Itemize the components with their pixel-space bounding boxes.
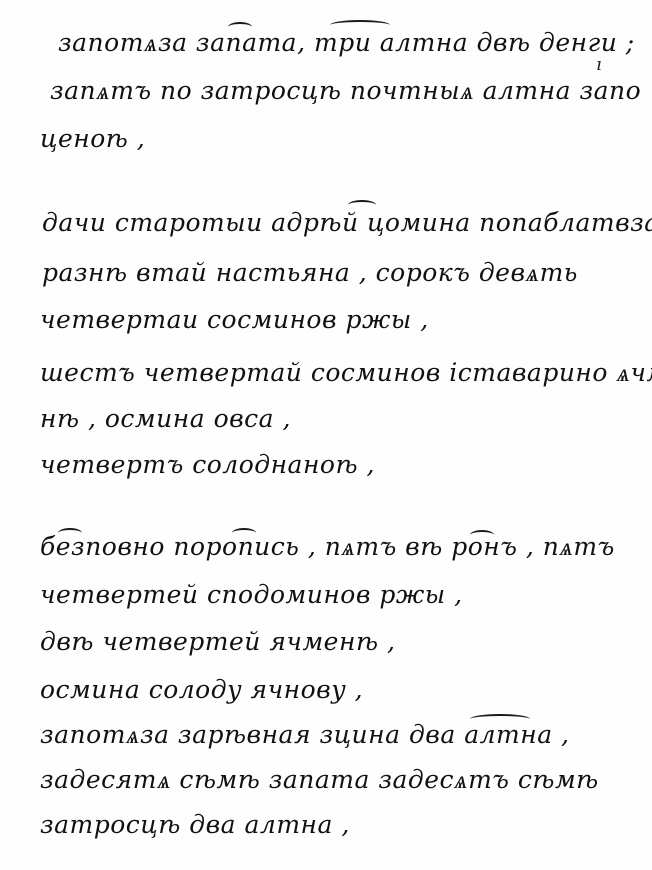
superscript-flourish [58, 528, 82, 538]
margin-mark: ı [596, 54, 602, 75]
manuscript-line-6: четвертаи сосминов ржы , [40, 305, 429, 334]
manuscript-line-16: затросцѣ два алтна , [40, 810, 350, 839]
manuscript-line-7: шестъ четвертай сосминов іставарино ѧчма [40, 358, 652, 388]
manuscript-line-5: разнѣ втай настьяна , сорокъ девѧть [42, 258, 578, 288]
manuscript-line-10: безповно поропись , пѧтъ вѣ ронъ , пѧтъ [40, 532, 615, 562]
manuscript-line-4: дачи старотыи адрѣй цомина попаблатвза [42, 208, 652, 237]
superscript-flourish [470, 714, 530, 724]
superscript-flourish [330, 20, 390, 30]
manuscript-line-11: четвертей сподоминов ржы , [40, 580, 463, 609]
manuscript-line-14: запотѧза зарѣвная зцина два алтна , [40, 720, 570, 750]
manuscript-line-9: четвертъ солоднаноѣ , [40, 450, 375, 479]
superscript-flourish [470, 530, 494, 540]
superscript-flourish [232, 528, 256, 538]
superscript-flourish [348, 200, 376, 210]
manuscript-line-2: запѧтъ по затросцѣ почтныѧ алтна запо [50, 76, 641, 106]
manuscript-line-8: нѣ , осмина овса , [40, 404, 291, 433]
manuscript-page: запотѧза запата, три алтна двѣ денги ; з… [0, 0, 652, 870]
manuscript-line-13: осмина солоду ячнову , [40, 675, 363, 704]
manuscript-line-1: запотѧза запата, три алтна двѣ денги ; [58, 28, 635, 58]
manuscript-line-12: двѣ четвертей ячменѣ , [40, 627, 395, 656]
manuscript-line-15: задесятѧ сѣмѣ запата задесѧтъ сѣмѣ [40, 765, 599, 795]
manuscript-line-3: ценоѣ , [40, 124, 145, 153]
superscript-flourish [228, 22, 252, 32]
